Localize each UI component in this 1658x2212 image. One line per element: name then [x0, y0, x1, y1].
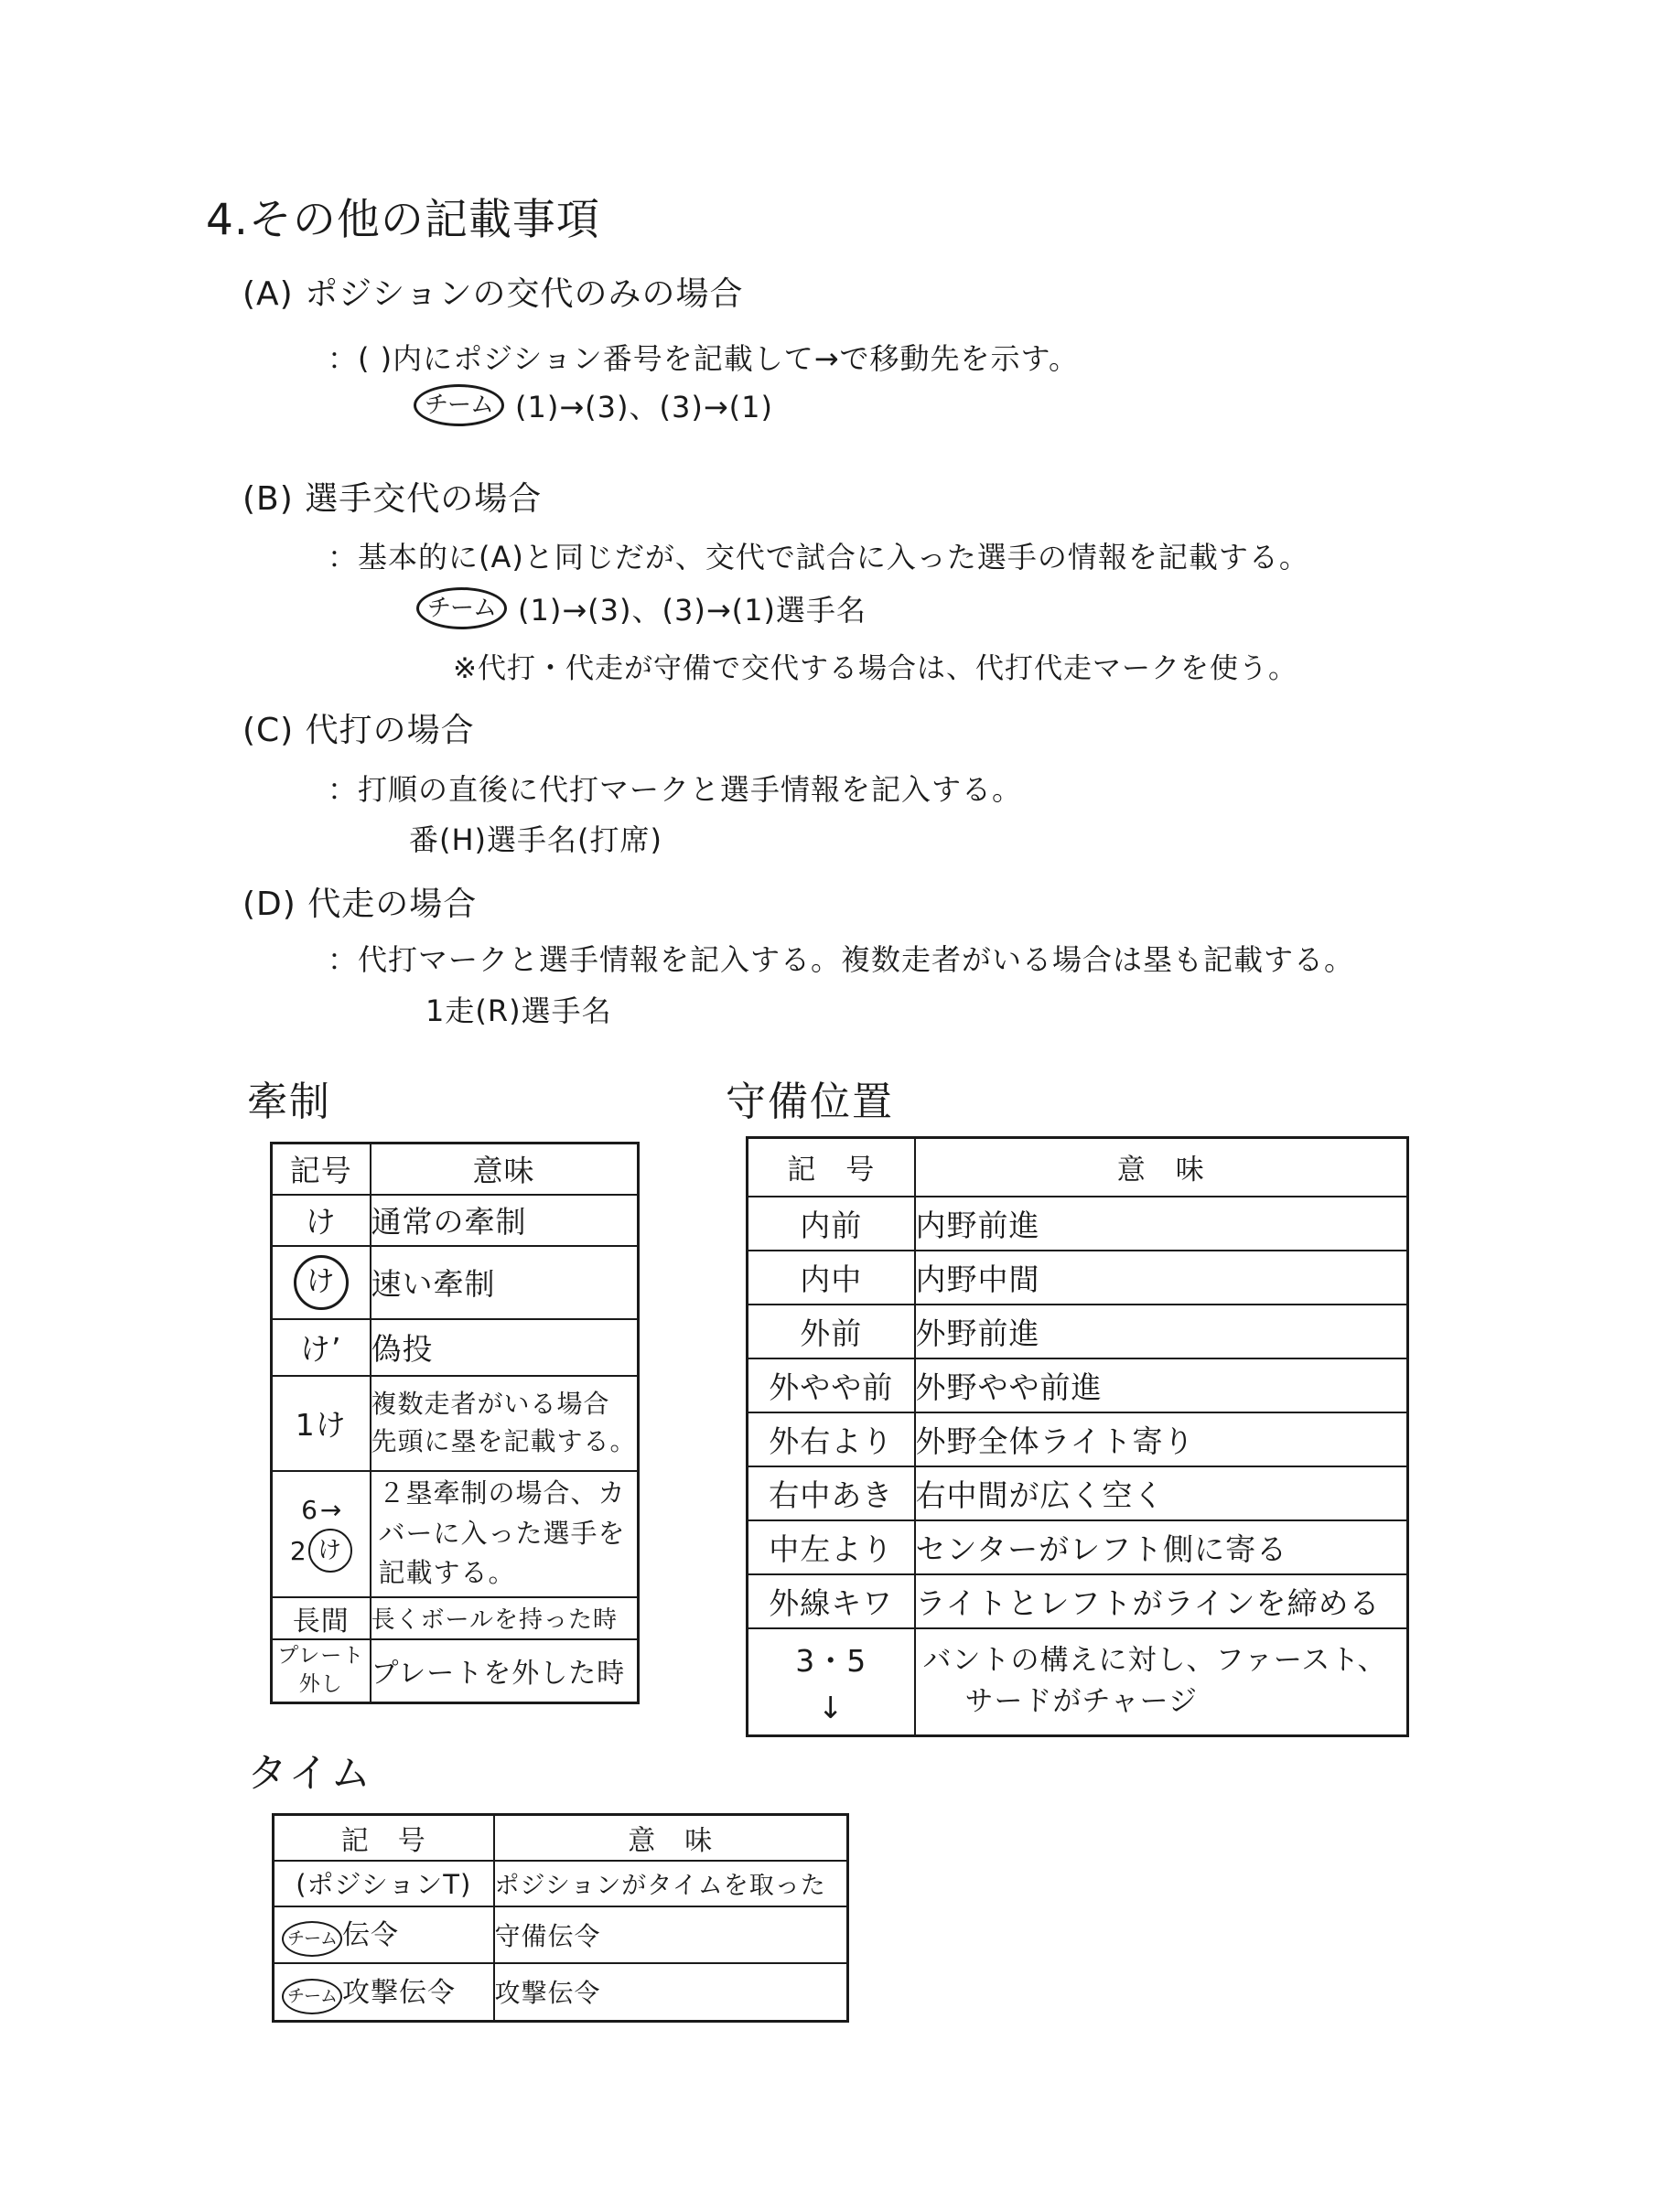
table-row: 長間 長くボールを持った時 [272, 1597, 639, 1639]
section-b-example: チーム (1)→(3)、(3)→(1)選手名 [416, 587, 867, 629]
meaning-cell: 速い牽制 [371, 1246, 639, 1319]
symbol-cell: (ポジションT) [274, 1861, 494, 1906]
symbol-header: 記 号 [748, 1138, 915, 1197]
section-a-heading: (A) ポジションの交代のみの場合 [242, 268, 744, 315]
table-row: 外線キワ ライトとレフトがラインを締める [748, 1574, 1408, 1628]
meaning-line: サードがチャージ [923, 1681, 1407, 1723]
meaning-line: 複数走者がいる場合 [371, 1386, 637, 1423]
table-row: 6 → 2 け ２塁牽制の場合、カバーに入った選手を記載する。 [272, 1471, 639, 1597]
symbol-cell: 右中あき [748, 1466, 915, 1520]
section-c-example: 番(H)選手名(打席) [409, 817, 662, 859]
section-d-heading: (D) 代走の場合 [242, 878, 477, 925]
meaning-header: 意 味 [494, 1815, 848, 1861]
meaning-cell: 外野前進 [915, 1305, 1408, 1358]
down-arrow-icon: ↓ [748, 1690, 914, 1725]
table-row: プレート 外し プレートを外した時 [272, 1639, 639, 1703]
meaning-header: 意 味 [915, 1138, 1408, 1197]
meaning-cell: バントの構えに対し、ファースト、 サードがチャージ [915, 1628, 1408, 1736]
table-header-row: 記号 意味 [272, 1144, 639, 1195]
meaning-cell: 複数走者がいる場合 先頭に塁を記載する。 [371, 1376, 639, 1471]
symbol-cell: 外やや前 [748, 1358, 915, 1412]
meaning-cell: ポジションがタイムを取った [494, 1861, 848, 1906]
meaning-cell: センターがレフト側に寄る [915, 1520, 1408, 1574]
meaning-cell: 通常の牽制 [371, 1195, 639, 1246]
symbol-cell: 内中 [748, 1251, 915, 1305]
meaning-line: 先頭に塁を記載する。 [371, 1423, 637, 1461]
pickoff-table: 記号 意味 け 通常の牽制 け 速い牽制 け’ 偽投 1け 複数走者がいる場合 … [270, 1142, 640, 1704]
meaning-cell: ライトとレフトがラインを締める [915, 1574, 1408, 1628]
meaning-cell: 攻撃伝令 [494, 1963, 848, 2022]
table-row: 外前 外野前進 [748, 1305, 1408, 1358]
symbol-cell: プレート 外し [272, 1639, 371, 1703]
table-row: 右中あき 右中間が広く空く [748, 1466, 1408, 1520]
symbol-cell: チーム伝令 [274, 1906, 494, 1963]
table-row: 外右より 外野全体ライト寄り [748, 1412, 1408, 1466]
meaning-cell: 右中間が広く空く [915, 1466, 1408, 1520]
team-oval: チーム [282, 1921, 342, 1957]
time-table: 記 号 意 味 (ポジションT) ポジションがタイムを取った チーム伝令 守備伝… [272, 1813, 849, 2023]
section-a-desc: ：( )内にポジション番号を記載して→で移動先を示す。 [328, 336, 1079, 378]
team-oval: チーム [416, 587, 507, 629]
table-row: 中左より センターがレフト側に寄る [748, 1520, 1408, 1574]
meaning-cell: 長くボールを持った時 [371, 1597, 639, 1639]
symbol-cell: け [272, 1195, 371, 1246]
base-number: 2 [290, 1536, 307, 1566]
table-row: 1け 複数走者がいる場合 先頭に塁を記載する。 [272, 1376, 639, 1471]
meaning-cell: 内野中間 [915, 1251, 1408, 1305]
symbol-cell: け [272, 1246, 371, 1319]
defense-table: 記 号 意 味 内前 内野前進 内中 内野中間 外前 外野前進 外やや前 外野や… [746, 1136, 1409, 1737]
table-row: 3・5 ↓ バントの構えに対し、ファースト、 サードがチャージ [748, 1628, 1408, 1736]
section-b-desc: ：基本的に(A)と同じだが、交代で試合に入った選手の情報を記載する。 [328, 534, 1309, 576]
section-b-note: ※代打・代走が守備で交代する場合は、代打代走マークを使う。 [453, 645, 1297, 686]
symbol-cell: 外右より [748, 1412, 915, 1466]
symbol-line: 3・5 [748, 1638, 914, 1680]
symbol-cell: 外線キワ [748, 1574, 915, 1628]
symbol-cell: 長間 [272, 1597, 371, 1639]
meaning-cell: 偽投 [371, 1319, 639, 1376]
table-header-row: 記 号 意 味 [748, 1138, 1408, 1197]
circled-ke-symbol: け [294, 1255, 349, 1310]
team-oval: チーム [414, 384, 504, 426]
table-row: け’ 偽投 [272, 1319, 639, 1376]
base-number: 6 [301, 1495, 318, 1525]
table-row: け 速い牽制 [272, 1246, 639, 1319]
symbol-text: 伝令 [342, 1919, 399, 1951]
right-arrow-icon: → [320, 1495, 342, 1525]
meaning-cell: 外野やや前進 [915, 1358, 1408, 1412]
table-header-row: 記 号 意 味 [274, 1815, 848, 1861]
meaning-cell: ２塁牽制の場合、カバーに入った選手を記載する。 [371, 1471, 639, 1597]
table-row: 外やや前 外野やや前進 [748, 1358, 1408, 1412]
section-b-heading: (B) 選手交代の場合 [242, 473, 542, 520]
symbol-line: プレート [273, 1642, 370, 1670]
pickoff-heading: 牽制 [247, 1068, 331, 1127]
table-row: 内前 内野前進 [748, 1197, 1408, 1251]
symbol-cell: け’ [272, 1319, 371, 1376]
meaning-cell: 内野前進 [915, 1197, 1408, 1251]
symbol-cell: 内前 [748, 1197, 915, 1251]
symbol-header: 記号 [272, 1144, 371, 1195]
section-a-example: チーム (1)→(3)、(3)→(1) [414, 384, 773, 426]
meaning-header: 意味 [371, 1144, 639, 1195]
document-page: 4.その他の記載事項 (A) ポジションの交代のみの場合 ：( )内にポジション… [0, 0, 1658, 2212]
symbol-cell: 3・5 ↓ [748, 1628, 915, 1736]
section-d-desc: ：代打マークと選手情報を記入する。複数走者がいる場合は塁も記載する。 [328, 937, 1354, 979]
defense-heading: 守備位置 [726, 1068, 894, 1127]
example-text: (1)→(3)、(3)→(1)選手名 [518, 587, 867, 629]
table-row: け 通常の牽制 [272, 1195, 639, 1246]
section-c-desc: ：打順の直後に代打マークと選手情報を記入する。 [328, 767, 1022, 809]
section-c-heading: (C) 代打の場合 [242, 704, 475, 751]
symbol-text: 攻撃伝令 [342, 1977, 456, 2009]
page-title: 4.その他の記載事項 [206, 186, 600, 247]
symbol-header: 記 号 [274, 1815, 494, 1861]
symbol-cell: 外前 [748, 1305, 915, 1358]
table-row: チーム伝令 守備伝令 [274, 1906, 848, 1963]
pickoff-cover-symbol: 6 → 2 け [273, 1495, 370, 1573]
meaning-cell: 外野全体ライト寄り [915, 1412, 1408, 1466]
symbol-cell: 6 → 2 け [272, 1471, 371, 1597]
symbol-cell: 中左より [748, 1520, 915, 1574]
circled-ke-symbol: け [308, 1529, 352, 1573]
section-d-example: 1走(R)選手名 [425, 988, 612, 1030]
meaning-cell: 守備伝令 [494, 1906, 848, 1963]
meaning-line: バントの構えに対し、ファースト、 [923, 1640, 1407, 1681]
meaning-cell: プレートを外した時 [371, 1639, 639, 1703]
table-row: チーム攻撃伝令 攻撃伝令 [274, 1963, 848, 2022]
table-row: 内中 内野中間 [748, 1251, 1408, 1305]
time-heading: タイム [247, 1740, 372, 1799]
symbol-cell: チーム攻撃伝令 [274, 1963, 494, 2022]
team-oval: チーム [282, 1979, 342, 2014]
symbol-cell: 1け [272, 1376, 371, 1471]
symbol-line: 外し [273, 1670, 370, 1699]
table-row: (ポジションT) ポジションがタイムを取った [274, 1861, 848, 1906]
example-text: (1)→(3)、(3)→(1) [515, 384, 773, 426]
